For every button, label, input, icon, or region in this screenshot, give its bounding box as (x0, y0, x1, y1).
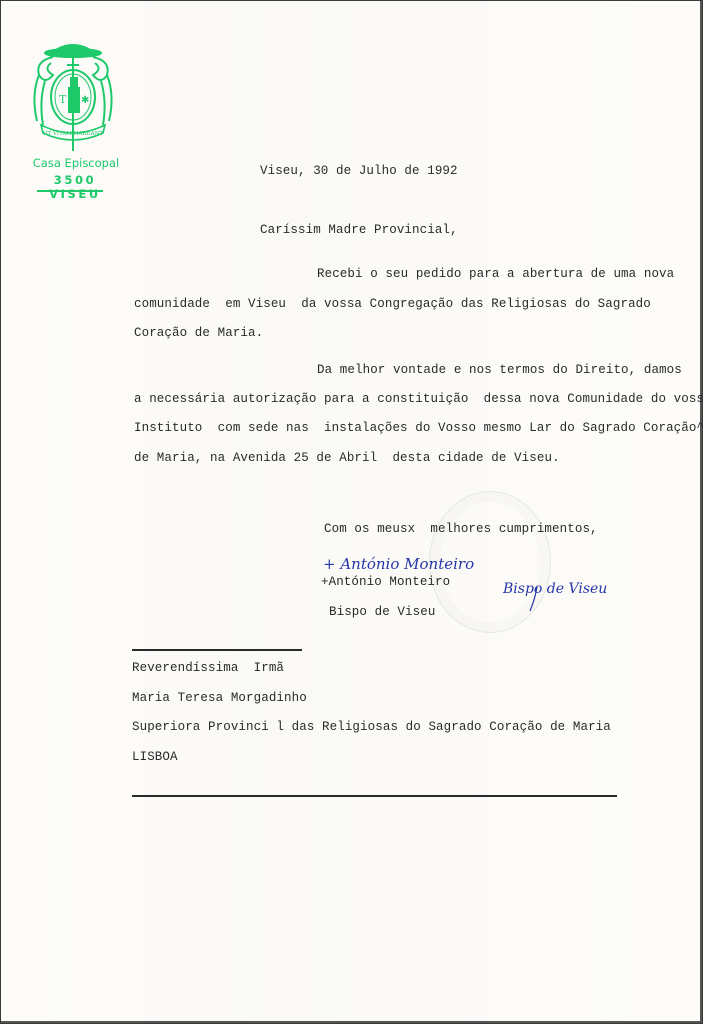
svg-text:UT VITAM HABEANT: UT VITAM HABEANT (43, 131, 104, 137)
recipient-line3: Superiora Provinci l das Religiosas do S… (132, 720, 611, 734)
svg-text:✱: ✱ (81, 95, 89, 106)
svg-text:T: T (59, 93, 67, 106)
date-line: Viseu, 30 de Julho de 1992 (260, 164, 458, 178)
typed-signature: +António Monteiro (321, 575, 450, 589)
recipient-line4: LISBOA (132, 750, 178, 764)
recipient-line1: Reverendíssima Irmã (132, 661, 284, 675)
paragraph1-line2: comunidade em Viseu da vossa Congregação… (134, 297, 651, 311)
salutation: Caríssim Madre Provincial, (260, 223, 458, 237)
paragraph1-line1: Recebi o seu pedido para a abertura de u… (317, 267, 674, 281)
letterhead-city: 3500 VISEU (25, 173, 125, 201)
paragraph1-line3: Coração de Maria. (134, 326, 263, 340)
episcopal-crest-icon: T ✱ UT VITAM HABEANT (23, 35, 123, 155)
letterhead-underline (37, 190, 103, 192)
recipient-line2: Maria Teresa Morgadinho (132, 691, 307, 705)
paragraph2-line2: a necessária autorização para a constitu… (134, 392, 703, 406)
letterhead-name: Casa Episcopal (31, 156, 121, 170)
typed-title: Bispo de Viseu (329, 605, 435, 619)
closing: Com os meusx melhores cumprimentos, (324, 522, 598, 536)
letter-page: T ✱ UT VITAM HABEANT Casa Episcopal 3500… (1, 1, 702, 1023)
paragraph2-line4: de Maria, na Avenida 25 de Abril desta c… (134, 451, 560, 465)
handwritten-title: Bispo de Viseu (497, 573, 657, 613)
recipient-top-rule (132, 649, 302, 651)
recipient-bottom-rule (132, 795, 617, 797)
svg-text:+ António Monteiro: + António Monteiro (323, 555, 474, 573)
svg-text:Bispo de Viseu: Bispo de Viseu (502, 581, 607, 597)
paragraph2-line3: Instituto com sede nas instalações do Vo… (134, 421, 703, 435)
paragraph2-line1: Da melhor vontade e nos termos do Direit… (317, 363, 682, 377)
